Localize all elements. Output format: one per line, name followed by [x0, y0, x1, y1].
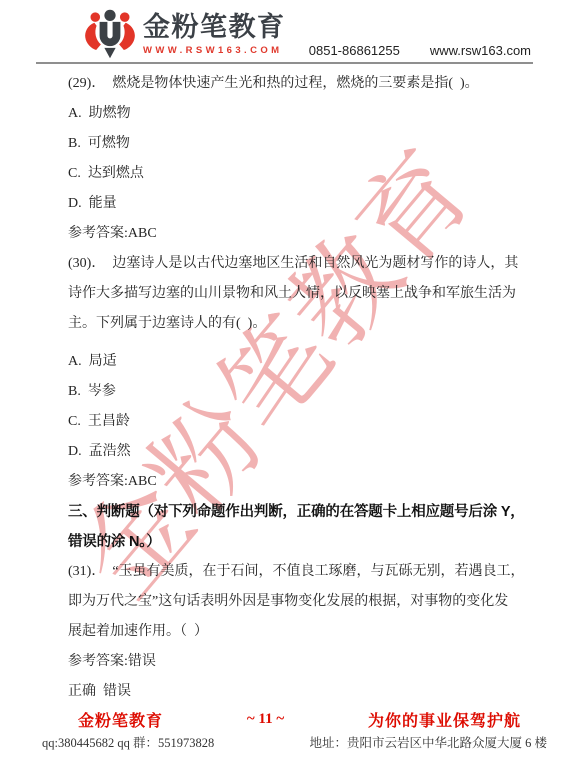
true-false-options: 正确 错误 — [68, 677, 525, 707]
brand-site-url: WWW.RSW163.COM — [143, 45, 286, 56]
brand-logo-icon — [84, 7, 136, 61]
answer-31: 参考答案:错误 — [68, 647, 525, 677]
section-header-line: 三、判断题（对下列命题作出判断，正确的在答题卡上相应题号后涂 Y， — [68, 497, 525, 527]
footer-qq: qq:380445682 qq 群：551973828 — [42, 733, 214, 751]
page-footer: 金粉笔教育 ~ 11 ~ 为你的事业保驾护航 qq:380445682 qq 群… — [0, 709, 567, 751]
footer-bar: 金粉笔教育 ~ 11 ~ 为你的事业保驾护航 — [0, 709, 567, 730]
question-31-line: (31)． “玉虽有美质，在于石间，不值良工琢磨，与瓦砾无别，若遇良工， — [68, 557, 525, 587]
option-30-b: B. 岑参 — [68, 377, 525, 407]
option-30-d: D. 孟浩然 — [68, 437, 525, 467]
footer-address: 地址：贵阳市云岩区中华北路众厦大厦 6 楼 — [309, 733, 547, 751]
footer-info: qq:380445682 qq 群：551973828 地址：贵阳市云岩区中华北… — [0, 730, 567, 751]
question-content: (29)． 燃烧是物体快速产生光和热的过程，燃烧的三要素是指( )。A. 助燃物… — [68, 69, 525, 707]
brand-logo-text: 金粉笔教育 WWW.RSW163.COM — [143, 12, 286, 56]
header-website: www.rsw163.com — [430, 43, 531, 58]
section-header-line: 错误的涂 N。） — [68, 527, 525, 557]
question-30-line: 诗作大多描写边塞的山川景物和风土人情，以反映塞上战争和军旅生活为 — [68, 279, 525, 309]
option-29-c: C. 达到燃点 — [68, 159, 525, 189]
brand-name: 金粉笔教育 — [143, 12, 286, 42]
option-29-d: D. 能量 — [68, 189, 525, 219]
page-number: ~ 11 ~ — [247, 711, 284, 728]
option-29-b: B. 可燃物 — [68, 129, 525, 159]
answer-29: 参考答案:ABC — [68, 219, 525, 249]
page-header: 金粉笔教育 WWW.RSW163.COM 0851-86861255 www.r… — [84, 5, 531, 61]
document-page: 金粉笔教育 WWW.RSW163.COM 0851-86861255 www.r… — [0, 0, 567, 758]
option-30-a: A. 局适 — [68, 347, 525, 377]
header-contact: 0851-86861255 www.rsw163.com — [309, 43, 531, 61]
header-phone: 0851-86861255 — [309, 43, 400, 58]
footer-brand: 金粉笔教育 — [78, 708, 163, 731]
question-30-line: (30)． 边塞诗人是以古代边塞地区生活和自然风光为题材写作的诗人，其 — [68, 249, 525, 279]
answer-30: 参考答案:ABC — [68, 467, 525, 497]
question-31-line: 即为万代之宝”这句话表明外因是事物变化发展的根据，对事物的变化发 — [68, 587, 525, 617]
option-29-a: A. 助燃物 — [68, 99, 525, 129]
brand-logo: 金粉笔教育 WWW.RSW163.COM — [84, 7, 286, 61]
footer-slogan: 为你的事业保驾护航 — [368, 708, 521, 731]
option-30-c: C. 王昌龄 — [68, 407, 525, 437]
header-divider — [36, 62, 533, 64]
question-30-line: 主。下列属于边塞诗人的有( )。 — [68, 309, 525, 339]
question-31-line: 展起着加速作用。（ ） — [68, 617, 525, 647]
question-29-line: (29)． 燃烧是物体快速产生光和热的过程，燃烧的三要素是指( )。 — [68, 69, 525, 99]
